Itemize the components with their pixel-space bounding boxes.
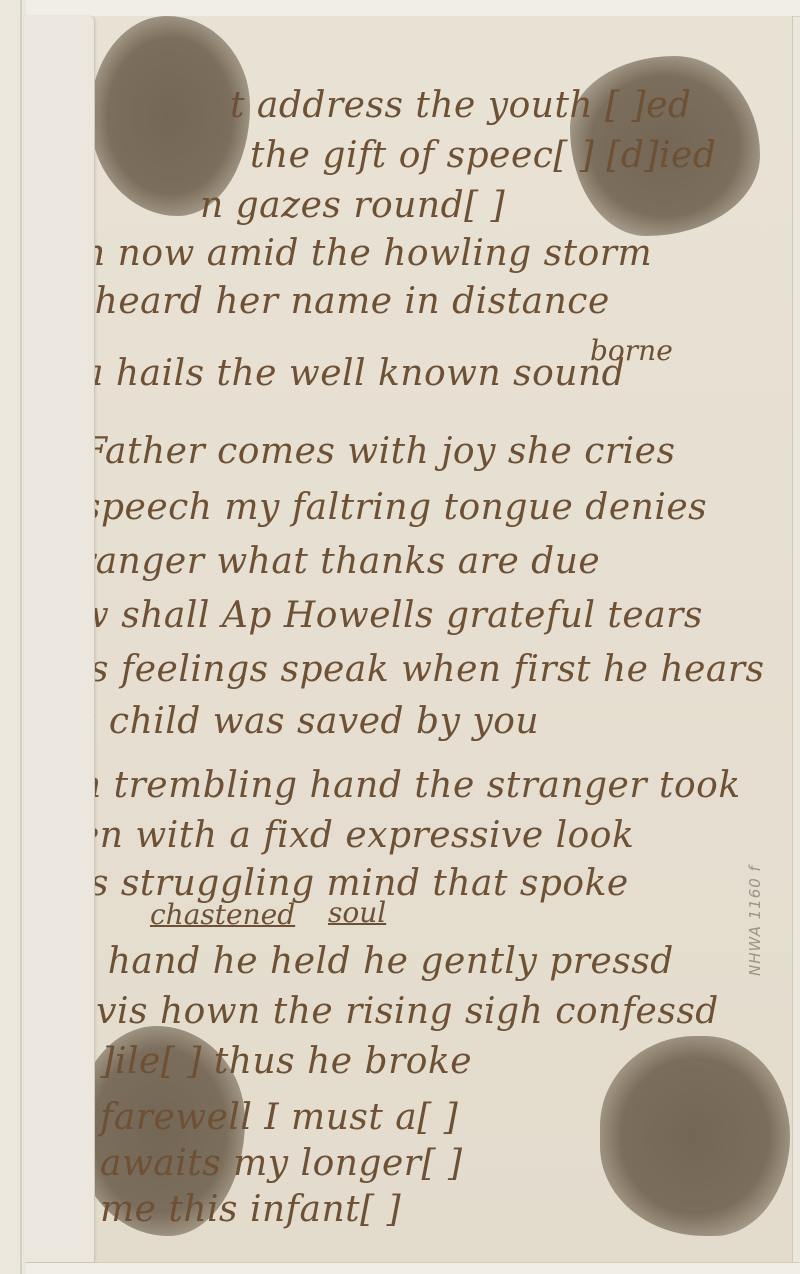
mount-fold-line xyxy=(20,0,22,1274)
manuscript-line: n trembling hand the stranger took xyxy=(78,768,741,804)
manuscript-line: Father comes with joy she cries xyxy=(82,434,675,470)
manuscript-line: me this infant[ ] xyxy=(100,1192,401,1228)
interlinear-insertion: borne xyxy=(590,334,673,367)
manuscript-leaf: t address the youth [ ]ed the gift of sp… xyxy=(70,16,793,1262)
manuscript-line: is feelings speak when first he hears xyxy=(78,652,765,688)
mount-top-edge xyxy=(26,0,800,17)
manuscript-line: a hails the well known sound xyxy=(82,356,625,392)
manuscript-line: farewell I must a[ ] xyxy=(100,1100,458,1136)
manuscript-line: [ ]ile[ ] thus he broke xyxy=(74,1044,472,1080)
manuscript-line: n now amid the howling storm xyxy=(82,236,652,272)
mount-bottom-edge xyxy=(26,1262,800,1274)
interlinear-insertion: soul xyxy=(328,896,386,929)
manuscript-line: the gift of speec[ ] [d]ied xyxy=(250,138,716,174)
manuscript-text: t address the youth [ ]ed the gift of sp… xyxy=(70,16,792,1262)
manuscript-line: speech my faltring tongue denies xyxy=(82,490,707,526)
manuscript-line: s child was saved by you xyxy=(78,704,539,740)
manuscript-line: n gazes round[ ] xyxy=(200,188,505,224)
manuscript-line: e hand he held he gently pressd xyxy=(74,944,674,980)
manuscript-line: en with a fixd expressive look xyxy=(78,818,634,854)
call-number-annotation: NHWA 1160 f xyxy=(746,865,764,976)
manuscript-line: w shall Ap Howells grateful tears xyxy=(78,598,703,634)
manuscript-line: ranger what thanks are due xyxy=(78,544,600,580)
manuscript-line: -heard her name in distance xyxy=(82,284,610,320)
manuscript-line: ovis hown the rising sigh confessd xyxy=(74,994,719,1030)
manuscript-line: t address the youth [ ]ed xyxy=(230,88,691,124)
manuscript-line: awaits my longer[ ] xyxy=(100,1146,463,1182)
guard-strip xyxy=(24,16,95,1262)
interlinear-insertion: chastened xyxy=(150,898,295,931)
page-mount: t address the youth [ ]ed the gift of sp… xyxy=(0,0,800,1274)
